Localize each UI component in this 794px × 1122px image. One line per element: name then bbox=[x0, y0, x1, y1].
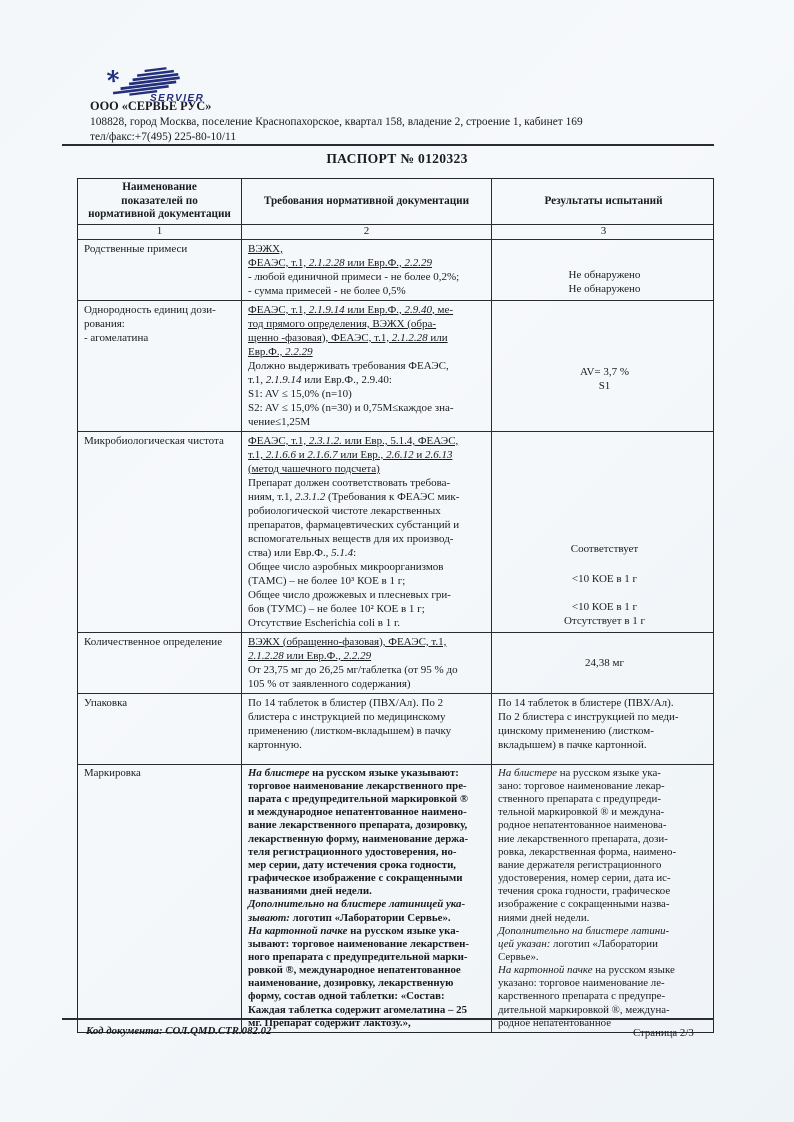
requirement-line: (метод чашечного подсчета) bbox=[248, 462, 487, 476]
requirement-line: S1: AV ≤ 15,0% (n=10) bbox=[248, 387, 487, 401]
requirement-line: ВЭЖХ (обращенно-фазовая), ФЕАЭС, т.1, bbox=[248, 635, 487, 649]
document-title: ПАСПОРТ № 0120323 bbox=[0, 151, 794, 167]
header-rule bbox=[62, 144, 714, 146]
result-line: зано: торговое наименование лекар- bbox=[498, 780, 665, 793]
document-code: Код документа: СОЛ.QMD.CTR.082.02 bbox=[86, 1025, 271, 1037]
column-number: 2 bbox=[242, 225, 492, 239]
page-number: Страница 2/3 bbox=[633, 1027, 694, 1039]
column-header: Требования нормативной документации bbox=[242, 179, 492, 224]
row-name-cell: Микробиологическая чистота bbox=[78, 432, 242, 632]
result-line: <10 КОЕ в 1 г bbox=[572, 572, 637, 586]
row-name-line: Упаковка bbox=[84, 696, 237, 710]
result-line: вание держателя регистрационного bbox=[498, 859, 661, 872]
column-header-line: Наименование bbox=[122, 181, 197, 195]
requirement-line: форму, состав одной таблетки: «Состав: bbox=[248, 990, 487, 1003]
requirement-line: применению (листком-вкладышем) в пачку bbox=[248, 724, 487, 738]
result-line: По 14 таблеток в блистере (ПВХ/Ал). bbox=[498, 696, 674, 710]
requirement-line: робиологической чистоте лекарственных bbox=[248, 504, 487, 518]
spec-table: Наименованиепоказателей понормативной до… bbox=[77, 178, 714, 1033]
row-name-cell: Маркировка bbox=[78, 765, 242, 1032]
row-name-cell: Родственные примеси bbox=[78, 240, 242, 300]
column-header: Наименованиепоказателей понормативной до… bbox=[78, 179, 242, 224]
result-line: ственного препарата с предупреди- bbox=[498, 793, 661, 806]
result-line: ние лекарственного препарата, дози- bbox=[498, 833, 668, 846]
result-line: Дополнительно на блистере латини- bbox=[498, 925, 669, 938]
column-number: 3 bbox=[492, 225, 715, 239]
star-icon bbox=[107, 70, 119, 82]
company-address: 108828, город Москва, поселение Краснопа… bbox=[90, 115, 583, 131]
footer-rule bbox=[62, 1018, 714, 1020]
result-cell: Соответствует<10 КОЕ в 1 г<10 КОЕ в 1 гО… bbox=[492, 432, 715, 632]
requirement-line: Общее число аэробных микроорганизмов bbox=[248, 560, 487, 574]
result-line: Соответствует bbox=[571, 542, 639, 556]
requirement-line: Отсутствие Escherichia coli в 1 г. bbox=[248, 616, 487, 630]
result-line: ровка, лекарственная форма, наимено- bbox=[498, 846, 676, 859]
result-line: цинскому применению (листком- bbox=[498, 724, 654, 738]
result-line: Не обнаружено bbox=[569, 268, 641, 282]
requirement-line: зывают: торговое наименование лекарствен… bbox=[248, 938, 487, 951]
requirement-line: ФЕАЭС, т.1, 2.1.9.14 или Евр.Ф., 2.9.40,… bbox=[248, 303, 487, 317]
requirement-line: торговое наименование лекарственного пре… bbox=[248, 780, 487, 793]
requirement-line: названиями дней недели. bbox=[248, 885, 487, 898]
requirement-cell: По 14 таблеток в блистер (ПВХ/Ал). По 2б… bbox=[242, 694, 492, 764]
result-cell: AV= 3,7 %S1 bbox=[492, 301, 715, 431]
requirement-line: Должно выдерживать требования ФЕАЭС, bbox=[248, 359, 487, 373]
column-number: 1 bbox=[78, 225, 242, 239]
table-row: Однородность единиц дози-рования:- агоме… bbox=[78, 301, 713, 432]
row-name-cell: Упаковка bbox=[78, 694, 242, 764]
column-header-line: показателей по bbox=[121, 195, 198, 209]
requirement-line: препаратов, фармацевтических субстанций … bbox=[248, 518, 487, 532]
scanned-document-page: SERVIER ООО «СЕРВЬЕ РУС» 108828, город М… bbox=[0, 0, 794, 1122]
result-line: удостоверения, номер серии, дата ис- bbox=[498, 872, 671, 885]
result-cell: Не обнаруженоНе обнаружено bbox=[492, 240, 715, 300]
requirement-line: ФЕАЭС, т.1, 2.1.2.28 или Евр.Ф., 2.2.29 bbox=[248, 256, 487, 270]
row-name-line: рования: bbox=[84, 317, 237, 331]
table-row: МаркировкаНа блистере на русском языке у… bbox=[78, 765, 713, 1032]
requirement-line: т.1, 2.1.6.6 и 2.1.6.7 или Евр., 2.6.12 … bbox=[248, 448, 487, 462]
requirement-line: мер серии, дату истечения срока годности… bbox=[248, 859, 487, 872]
column-number-row: 123 bbox=[78, 225, 713, 240]
table-row: УпаковкаПо 14 таблеток в блистер (ПВХ/Ал… bbox=[78, 694, 713, 765]
requirement-line: парата с предупредительной маркировкой ® bbox=[248, 793, 487, 806]
result-line: На блистере на русском языке ука- bbox=[498, 767, 661, 780]
requirement-line: чение≤1,25М bbox=[248, 415, 487, 429]
requirement-line: (ТАМС) – не более 10³ КОЕ в 1 г; bbox=[248, 574, 487, 588]
requirement-line: графическое изображение с сокращенными bbox=[248, 872, 487, 885]
requirement-line: блистера с инструкцией по медицинскому bbox=[248, 710, 487, 724]
row-name-line: Однородность единиц дози- bbox=[84, 303, 237, 317]
requirement-line: наименование, дозировку, лекарственную bbox=[248, 977, 487, 990]
row-name-line: Микробиологическая чистота bbox=[84, 434, 237, 448]
requirement-line: щенно -фазовая), ФЕАЭС, т.1, 2.1.2.28 ил… bbox=[248, 331, 487, 345]
requirement-line: ниям, т.1, 2.3.1.2 (Требования к ФЕАЭС м… bbox=[248, 490, 487, 504]
requirement-line: и международное непатентованное наимено- bbox=[248, 806, 487, 819]
result-line: вкладышем) в пачке картонной. bbox=[498, 738, 647, 752]
result-line: карственного препарата с предупре- bbox=[498, 990, 665, 1003]
result-line: тельной маркировкой ® и междуна- bbox=[498, 806, 664, 819]
requirement-line: По 14 таблеток в блистер (ПВХ/Ал). По 2 bbox=[248, 696, 487, 710]
requirement-line: зывают: логотип «Лаборатории Сервье». bbox=[248, 912, 487, 925]
result-line: дительной маркировкой ®, междуна- bbox=[498, 1004, 670, 1017]
requirement-line: ства) или Евр.Ф., 5.1.4: bbox=[248, 546, 487, 560]
result-line: указано: торговое наименование ле- bbox=[498, 977, 665, 990]
requirement-line: Общее число дрожжевых и плесневых гри- bbox=[248, 588, 487, 602]
requirement-line: - сумма примесей - не более 0,5% bbox=[248, 284, 487, 298]
result-line: родное непатентованное наименова- bbox=[498, 819, 666, 832]
requirement-line: теля регистрационного удостоверения, но- bbox=[248, 846, 487, 859]
result-line: цей указан: логотип «Лаборатории bbox=[498, 938, 658, 951]
requirement-line: На блистере на русском языке указывают: bbox=[248, 767, 487, 780]
requirement-line: картонную. bbox=[248, 738, 487, 752]
column-header-line: Результаты испытаний bbox=[544, 195, 662, 209]
result-line: ниями дней недели. bbox=[498, 912, 589, 925]
result-line: Не обнаружено bbox=[569, 282, 641, 296]
requirement-line: бов (ТУМС) – не более 10² КОЕ в 1 г; bbox=[248, 602, 487, 616]
requirement-line: ФЕАЭС, т.1, 2.3.1.2. или Евр., 5.1.4, ФЕ… bbox=[248, 434, 487, 448]
row-name-line: Родственные примеси bbox=[84, 242, 237, 256]
column-header-line: Требования нормативной документации bbox=[264, 195, 469, 209]
requirement-cell: На блистере на русском языке указывают:т… bbox=[242, 765, 492, 1032]
requirement-line: лекарственную форму, наименование держа- bbox=[248, 833, 487, 846]
row-name-cell: Однородность единиц дози-рования:- агоме… bbox=[78, 301, 242, 431]
result-cell: 24,38 мг bbox=[492, 633, 715, 693]
table-row: Количественное определениеВЭЖХ (обращенн… bbox=[78, 633, 713, 694]
requirement-line: Препарат должен соответствовать требова- bbox=[248, 476, 487, 490]
requirement-line: т.1, 2.1.9.14 или Евр.Ф., 2.9.40: bbox=[248, 373, 487, 387]
requirement-cell: ФЕАЭС, т.1, 2.1.9.14 или Евр.Ф., 2.9.40,… bbox=[242, 301, 492, 431]
column-header: Результаты испытаний bbox=[492, 179, 715, 224]
result-line: По 2 блистера с инструкцией по меди- bbox=[498, 710, 679, 724]
result-line: течения срока годности, графическое bbox=[498, 885, 670, 898]
result-line: изображение с сокращенными назва- bbox=[498, 898, 669, 911]
requirement-line: 2.1.2.28 или Евр.Ф., 2.2.29 bbox=[248, 649, 487, 663]
requirement-line: тод прямого определения, ВЭЖХ (обра- bbox=[248, 317, 487, 331]
result-line: AV= 3,7 % bbox=[580, 365, 629, 379]
table-row: Микробиологическая чистотаФЕАЭС, т.1, 2.… bbox=[78, 432, 713, 633]
requirement-line: Дополнительно на блистере латиницей ука- bbox=[248, 898, 487, 911]
result-cell: По 14 таблеток в блистере (ПВХ/Ал).По 2 … bbox=[492, 694, 715, 764]
column-header-line: нормативной документации bbox=[88, 208, 231, 222]
row-name-cell: Количественное определение bbox=[78, 633, 242, 693]
company-block: ООО «СЕРВЬЕ РУС» 108828, город Москва, п… bbox=[90, 99, 583, 146]
table-row: Родственные примесиВЭЖХ,ФЕАЭС, т.1, 2.1.… bbox=[78, 240, 713, 301]
requirement-line: 105 % от заявленного содержания) bbox=[248, 677, 487, 691]
result-cell: На блистере на русском языке ука-зано: т… bbox=[492, 765, 715, 1032]
requirement-line: вспомогательных веществ для их производ- bbox=[248, 532, 487, 546]
requirement-line: ровкой ®, международное непатентованное bbox=[248, 964, 487, 977]
requirement-line: На картонной пачке на русском языке ука- bbox=[248, 925, 487, 938]
requirement-line: От 23,75 мг до 26,25 мг/таблетка (от 95 … bbox=[248, 663, 487, 677]
table-header-row: Наименованиепоказателей понормативной до… bbox=[78, 179, 713, 225]
requirement-cell: ФЕАЭС, т.1, 2.3.1.2. или Евр., 5.1.4, ФЕ… bbox=[242, 432, 492, 632]
requirement-line: Евр.Ф., 2.2.29 bbox=[248, 345, 487, 359]
result-line: Сервье». bbox=[498, 951, 539, 964]
requirement-line: ВЭЖХ, bbox=[248, 242, 487, 256]
result-line: Отсутствует в 1 г bbox=[564, 614, 645, 628]
row-name-line: Маркировка bbox=[84, 767, 237, 780]
result-line: 24,38 мг bbox=[585, 656, 624, 670]
requirement-line: Каждая таблетка содержит агомелатина – 2… bbox=[248, 1004, 487, 1017]
result-line: На картонной пачке на русском языке bbox=[498, 964, 675, 977]
requirement-line: ного препарата с предупредительной марки… bbox=[248, 951, 487, 964]
company-name: ООО «СЕРВЬЕ РУС» bbox=[90, 99, 583, 115]
requirement-line: S2: AV ≤ 15,0% (n=30) и 0,75М≤каждое зна… bbox=[248, 401, 487, 415]
row-name-line: Количественное определение bbox=[84, 635, 237, 649]
requirement-cell: ВЭЖХ (обращенно-фазовая), ФЕАЭС, т.1,2.1… bbox=[242, 633, 492, 693]
requirement-cell: ВЭЖХ,ФЕАЭС, т.1, 2.1.2.28 или Евр.Ф., 2.… bbox=[242, 240, 492, 300]
result-line: <10 КОЕ в 1 г bbox=[572, 600, 637, 614]
result-line: S1 bbox=[599, 379, 611, 393]
requirement-line: - любой единичной примеси - не более 0,2… bbox=[248, 270, 487, 284]
row-name-line: - агомелатина bbox=[84, 331, 237, 345]
requirement-line: вание лекарственного препарата, дозировк… bbox=[248, 819, 487, 832]
